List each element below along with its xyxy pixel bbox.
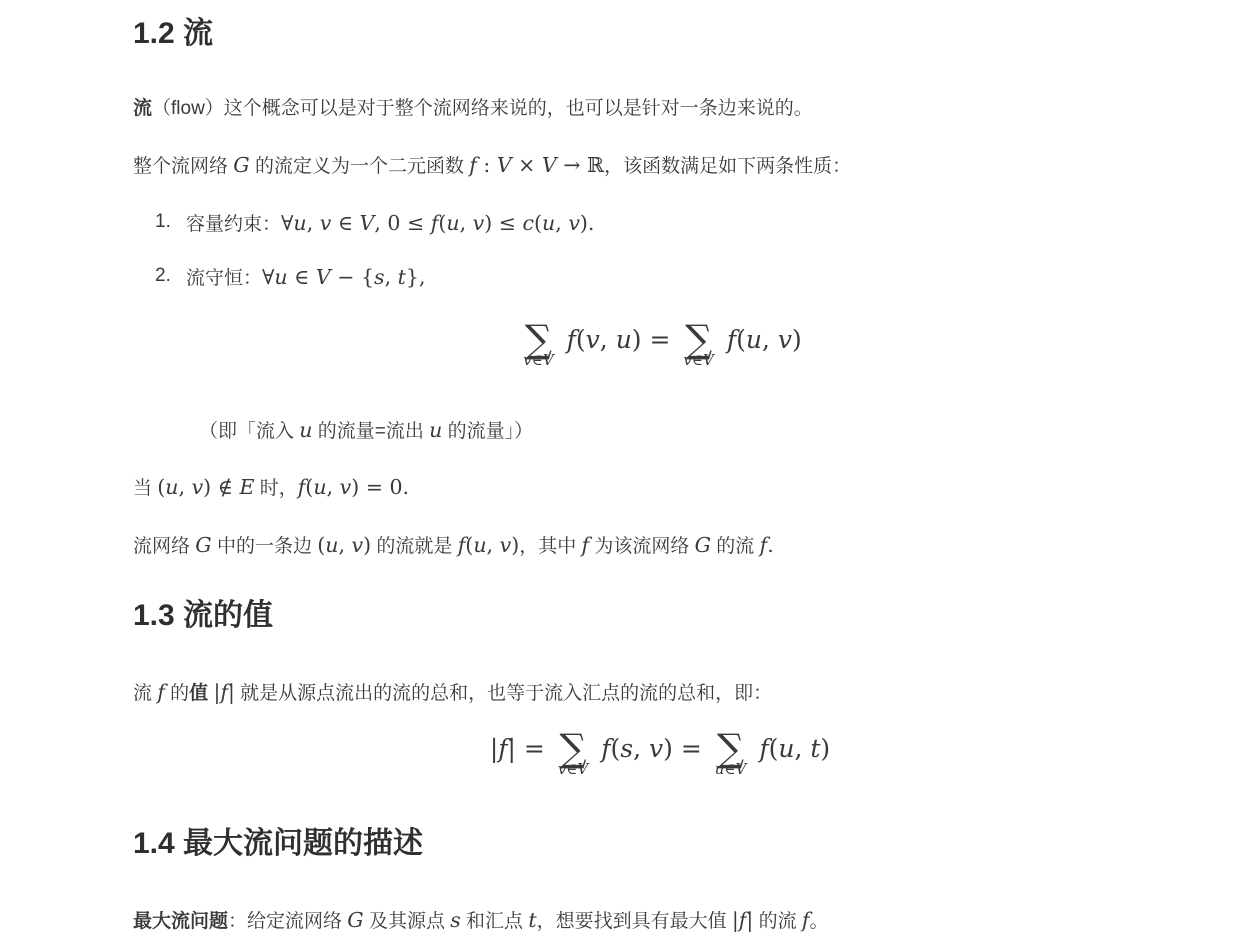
paragraph-conservation-note: （即「流入 u 的流量=流出 u 的流量」）	[199, 415, 1187, 447]
paragraph-flow-intro: 流（flow）这个概念可以是对于整个流网络来说的，也可以是针对一条边来说的。	[133, 95, 1187, 124]
heading-1-3-flow-value: 1.3 流的值	[133, 596, 1187, 635]
paragraph-maxflow-problem: 最大流问题：给定流网络 G 及其源点 s 和汇点 t，想要找到具有最大值 |f|…	[133, 905, 1187, 937]
paragraph-flow-value-intro: 流 f 的值 |f| 就是从源点流出的流的总和，也等于流入汇点的流的总和，即：	[133, 677, 1187, 709]
heading-1-4-maxflow-problem: 1.4 最大流问题的描述	[133, 824, 1187, 863]
list-item-text: 容量约束：∀u, v ∈ V, 0 ≤ f(u, v) ≤ c(u, v).	[186, 208, 594, 240]
document-page: 1.2 流 流（flow）这个概念可以是对于整个流网络来说的，也可以是针对一条边…	[0, 0, 1257, 947]
flow-properties-list: 1. 容量约束：∀u, v ∈ V, 0 ≤ f(u, v) ≤ c(u, v)…	[133, 208, 1187, 294]
list-item-number: 1.	[155, 208, 186, 240]
formula-flow-value: |f| = ∑v∈V f(s, v) = ∑u∈V f(u, t)	[133, 729, 1187, 788]
paragraph-flow-definition: 整个流网络 G 的流定义为一个二元函数 f : V × V → ℝ，该函数满足如…	[133, 150, 1187, 182]
summation-operator: ∑v∈V	[683, 320, 713, 379]
paragraph-edge-flow: 流网络 G 中的一条边 (u, v) 的流就是 f(u, v)，其中 f 为该流…	[133, 530, 1187, 562]
summation-operator: ∑v∈V	[523, 320, 553, 379]
list-item-text: 流守恒：∀u ∈ V − {s, t},	[186, 262, 425, 294]
paragraph-not-in-edge-set: 当 (u, v) ∉ E 时，f(u, v) = 0.	[133, 472, 1187, 504]
list-item-number: 2.	[155, 262, 186, 294]
summation-operator: ∑u∈V	[715, 729, 747, 788]
summation-operator: ∑v∈V	[558, 729, 588, 788]
formula-flow-conservation: ∑v∈V f(v, u) = ∑v∈V f(u, v)	[133, 320, 1187, 379]
list-item-capacity-constraint: 1. 容量约束：∀u, v ∈ V, 0 ≤ f(u, v) ≤ c(u, v)…	[133, 208, 1187, 240]
list-item-flow-conservation: 2. 流守恒：∀u ∈ V − {s, t},	[133, 262, 1187, 294]
heading-1-2-flow: 1.2 流	[133, 14, 1187, 53]
